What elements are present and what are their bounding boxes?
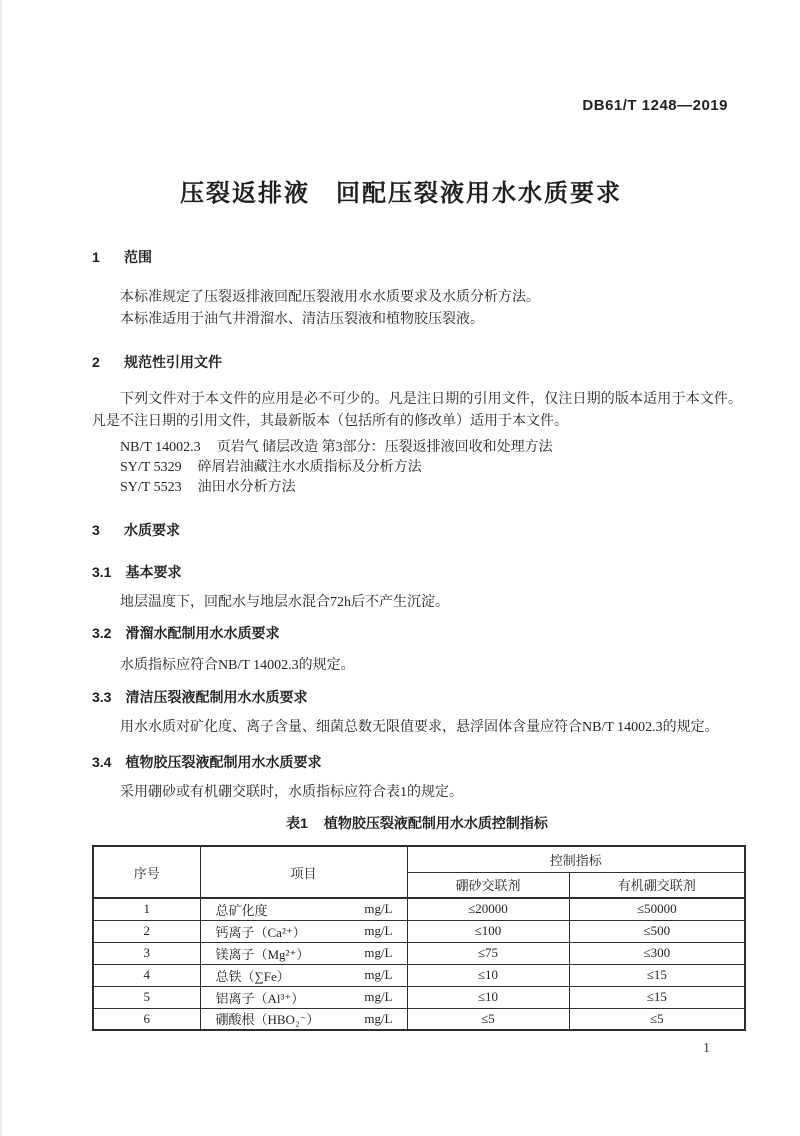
- organic-boron-limit: ≤300: [569, 942, 745, 964]
- row-no: 2: [93, 920, 200, 942]
- row-no: 1: [93, 898, 200, 920]
- borax-limit: ≤75: [407, 942, 569, 964]
- borax-limit: ≤10: [407, 964, 569, 986]
- heading-number: 3: [92, 520, 110, 540]
- table-header-row-1: 序号 项目 控制指标: [93, 846, 745, 872]
- section-3-1-heading: 3.1基本要求: [92, 562, 742, 582]
- heading-number: 3.4: [92, 752, 111, 772]
- row-item-cell: 硼酸根（HBO₂⁻）mg/L: [200, 1008, 407, 1030]
- document-body: 1范围 本标准规定了压裂返排液回配压裂液用水水质要求及水质分析方法。 本标准适用…: [92, 247, 742, 1031]
- item-name: 铝离子（Al³⁺）: [216, 988, 305, 1007]
- row-no: 5: [93, 986, 200, 1008]
- page-number: 1: [703, 1041, 710, 1057]
- water-quality-table: 序号 项目 控制指标 硼砂交联剂 有机硼交联剂 1 总矿化度mg/L ≤2000…: [92, 845, 746, 1031]
- table-row: 1 总矿化度mg/L ≤20000 ≤50000: [93, 898, 745, 920]
- item-unit: mg/L: [364, 989, 392, 1005]
- section-3-4-heading: 3.4植物胶压裂液配制用水水质要求: [92, 752, 742, 772]
- row-no: 4: [93, 964, 200, 986]
- row-no: 6: [93, 1008, 200, 1030]
- reference-code: NB/T 14002.3: [120, 440, 201, 455]
- heading-text: 基本要求: [125, 564, 181, 580]
- organic-boron-limit: ≤15: [569, 964, 745, 986]
- standard-number: DB61/T 1248—2019: [582, 97, 728, 114]
- heading-text: 范围: [124, 249, 152, 265]
- section-3-2-heading: 3.2滑溜水配制用水水质要求: [92, 623, 742, 643]
- scope-paragraph-2: 本标准适用于油气井滑溜水、清洁压裂液和植物胶压裂液。: [92, 309, 742, 331]
- column-header-organic-boron: 有机硼交联剂: [569, 872, 745, 898]
- table-caption-label: 表1: [286, 815, 308, 831]
- heading-text: 规范性引用文件: [124, 354, 222, 370]
- section-1-heading: 1范围: [92, 247, 742, 267]
- item-name: 总铁（∑Fe）: [216, 966, 290, 985]
- column-header-item: 项目: [200, 846, 407, 898]
- item-unit: mg/L: [364, 967, 392, 983]
- table-row: 2 钙离子（Ca²⁺）mg/L ≤100 ≤500: [93, 920, 745, 942]
- reference-title: 页岩气 储层改造 第3部分：压裂返排液回收和处理方法: [217, 440, 553, 455]
- reference-item: SY/T 5523油田水分析方法: [92, 478, 742, 498]
- item-name: 硼酸根（HBO₂⁻）: [216, 1009, 320, 1028]
- table-row: 4 总铁（∑Fe）mg/L ≤10 ≤15: [93, 964, 745, 986]
- item-unit: mg/L: [364, 901, 392, 917]
- borax-limit: ≤10: [407, 986, 569, 1008]
- reference-title: 碎屑岩油藏注水水质指标及分析方法: [198, 460, 422, 475]
- references-list: NB/T 14002.3页岩气 储层改造 第3部分：压裂返排液回收和处理方法 S…: [92, 438, 742, 498]
- slickwater-paragraph: 水质指标应符合NB/T 14002.3的规定。: [92, 655, 742, 677]
- borax-limit: ≤20000: [407, 898, 569, 920]
- table-row: 6 硼酸根（HBO₂⁻）mg/L ≤5 ≤5: [93, 1008, 745, 1030]
- row-item-cell: 总铁（∑Fe）mg/L: [200, 964, 407, 986]
- borax-limit: ≤100: [407, 920, 569, 942]
- heading-text: 水质要求: [124, 522, 180, 538]
- section-2-heading: 2规范性引用文件: [92, 352, 742, 372]
- reference-title: 油田水分析方法: [198, 480, 296, 495]
- item-unit: mg/L: [364, 923, 392, 939]
- heading-text: 清洁压裂液配制用水水质要求: [125, 689, 307, 705]
- heading-number: 3.1: [92, 562, 111, 582]
- item-name: 镁离子（Mg²⁺）: [216, 944, 310, 963]
- column-header-borax: 硼砂交联剂: [407, 872, 569, 898]
- references-intro-paragraph: 下列文件对于本文件的应用是必不可少的。凡是注日期的引用文件，仅注日期的版本适用于…: [92, 389, 742, 433]
- item-name: 钙离子（Ca²⁺）: [216, 922, 306, 941]
- document-title: 压裂返排液 回配压裂液用水水质要求: [2, 173, 800, 208]
- column-header-control-group: 控制指标: [407, 846, 745, 872]
- item-unit: mg/L: [364, 945, 392, 961]
- heading-number: 3.2: [92, 623, 111, 643]
- table-row: 5 铝离子（Al³⁺）mg/L ≤10 ≤15: [93, 986, 745, 1008]
- section-3-3-heading: 3.3清洁压裂液配制用水水质要求: [92, 687, 742, 707]
- basic-requirement-paragraph: 地层温度下，回配水与地层水混合72h后不产生沉淀。: [92, 592, 742, 614]
- scope-paragraph-1: 本标准规定了压裂返排液回配压裂液用水水质要求及水质分析方法。: [92, 287, 742, 309]
- row-item-cell: 钙离子（Ca²⁺）mg/L: [200, 920, 407, 942]
- organic-boron-limit: ≤50000: [569, 898, 745, 920]
- heading-number: 2: [92, 352, 110, 372]
- organic-boron-limit: ≤500: [569, 920, 745, 942]
- borax-limit: ≤5: [407, 1008, 569, 1030]
- heading-text: 滑溜水配制用水水质要求: [125, 625, 279, 641]
- item-unit: mg/L: [364, 1011, 392, 1027]
- row-item-cell: 总矿化度mg/L: [200, 898, 407, 920]
- reference-code: SY/T 5523: [120, 480, 182, 495]
- table-caption: 表1植物胶压裂液配制用水水质控制指标: [92, 813, 742, 833]
- table-caption-text: 植物胶压裂液配制用水水质控制指标: [324, 815, 548, 831]
- column-header-no: 序号: [93, 846, 200, 898]
- row-item-cell: 镁离子（Mg²⁺）mg/L: [200, 942, 407, 964]
- row-item-cell: 铝离子（Al³⁺）mg/L: [200, 986, 407, 1008]
- heading-number: 1: [92, 247, 110, 267]
- row-no: 3: [93, 942, 200, 964]
- item-name: 总矿化度: [216, 900, 268, 919]
- section-3-heading: 3水质要求: [92, 520, 742, 540]
- plant-gum-paragraph: 采用硼砂或有机硼交联时，水质指标应符合表1的规定。: [92, 782, 742, 804]
- reference-item: SY/T 5329碎屑岩油藏注水水质指标及分析方法: [92, 458, 742, 478]
- organic-boron-limit: ≤5: [569, 1008, 745, 1030]
- organic-boron-limit: ≤15: [569, 986, 745, 1008]
- heading-text: 植物胶压裂液配制用水水质要求: [125, 754, 321, 770]
- reference-code: SY/T 5329: [120, 460, 182, 475]
- table-row: 3 镁离子（Mg²⁺）mg/L ≤75 ≤300: [93, 942, 745, 964]
- reference-item: NB/T 14002.3页岩气 储层改造 第3部分：压裂返排液回收和处理方法: [92, 438, 742, 458]
- clean-fluid-paragraph: 用水水质对矿化度、离子含量、细菌总数无限值要求，悬浮固体含量应符合NB/T 14…: [92, 717, 742, 739]
- document-page: DB61/T 1248—2019 压裂返排液 回配压裂液用水水质要求 1范围 本…: [0, 0, 800, 1136]
- heading-number: 3.3: [92, 687, 111, 707]
